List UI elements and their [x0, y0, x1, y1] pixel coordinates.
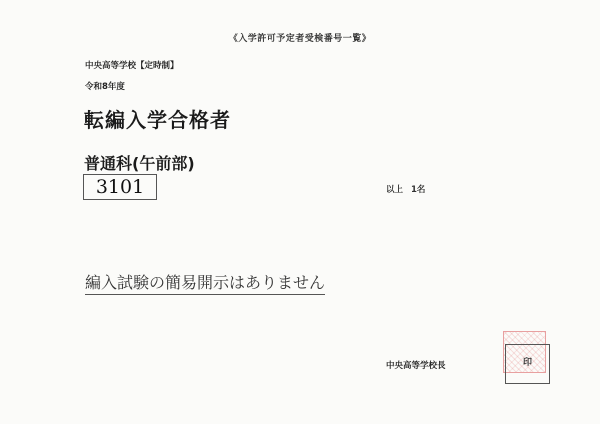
- count-value: 1名: [411, 185, 425, 195]
- disclosure-notice: 編入試験の簡易開示はありません: [85, 270, 325, 295]
- school-name: 中央高等学校【定時制】: [85, 59, 179, 71]
- page-heading: 転編入学合格者: [84, 104, 231, 133]
- academic-year: 令和8年度: [85, 80, 125, 92]
- course-name: 普通科(午前部): [84, 151, 195, 174]
- exam-number-box: 3101: [83, 174, 157, 200]
- total-count: 以上1名: [386, 183, 425, 195]
- principal-signature: 中央高等学校長: [386, 359, 446, 371]
- seal-box: 印: [505, 344, 550, 384]
- count-label: 以上: [386, 185, 403, 195]
- document-title: 《入学許可予定者受検番号一覧》: [0, 31, 600, 44]
